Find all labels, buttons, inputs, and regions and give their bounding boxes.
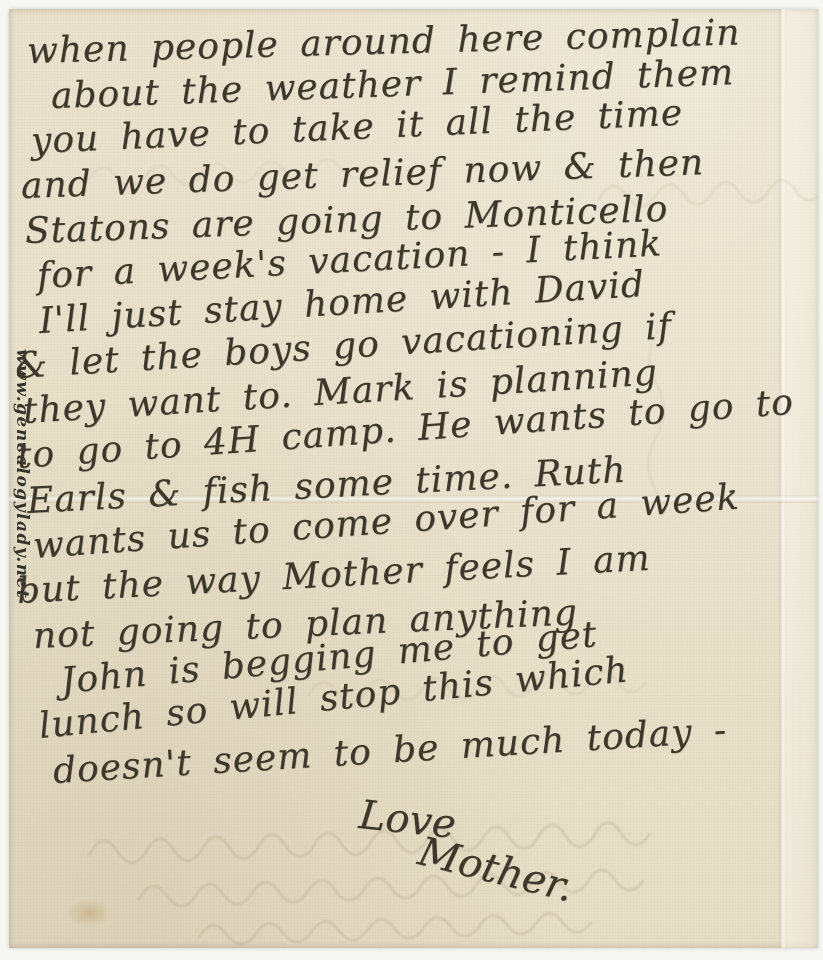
letter-page: www.genealogylady.net when people around… [9, 9, 818, 948]
letter-body: when people around here complain about t… [9, 29, 818, 794]
paper-stain [57, 893, 121, 933]
scan-background: www.genealogylady.net when people around… [0, 0, 823, 960]
